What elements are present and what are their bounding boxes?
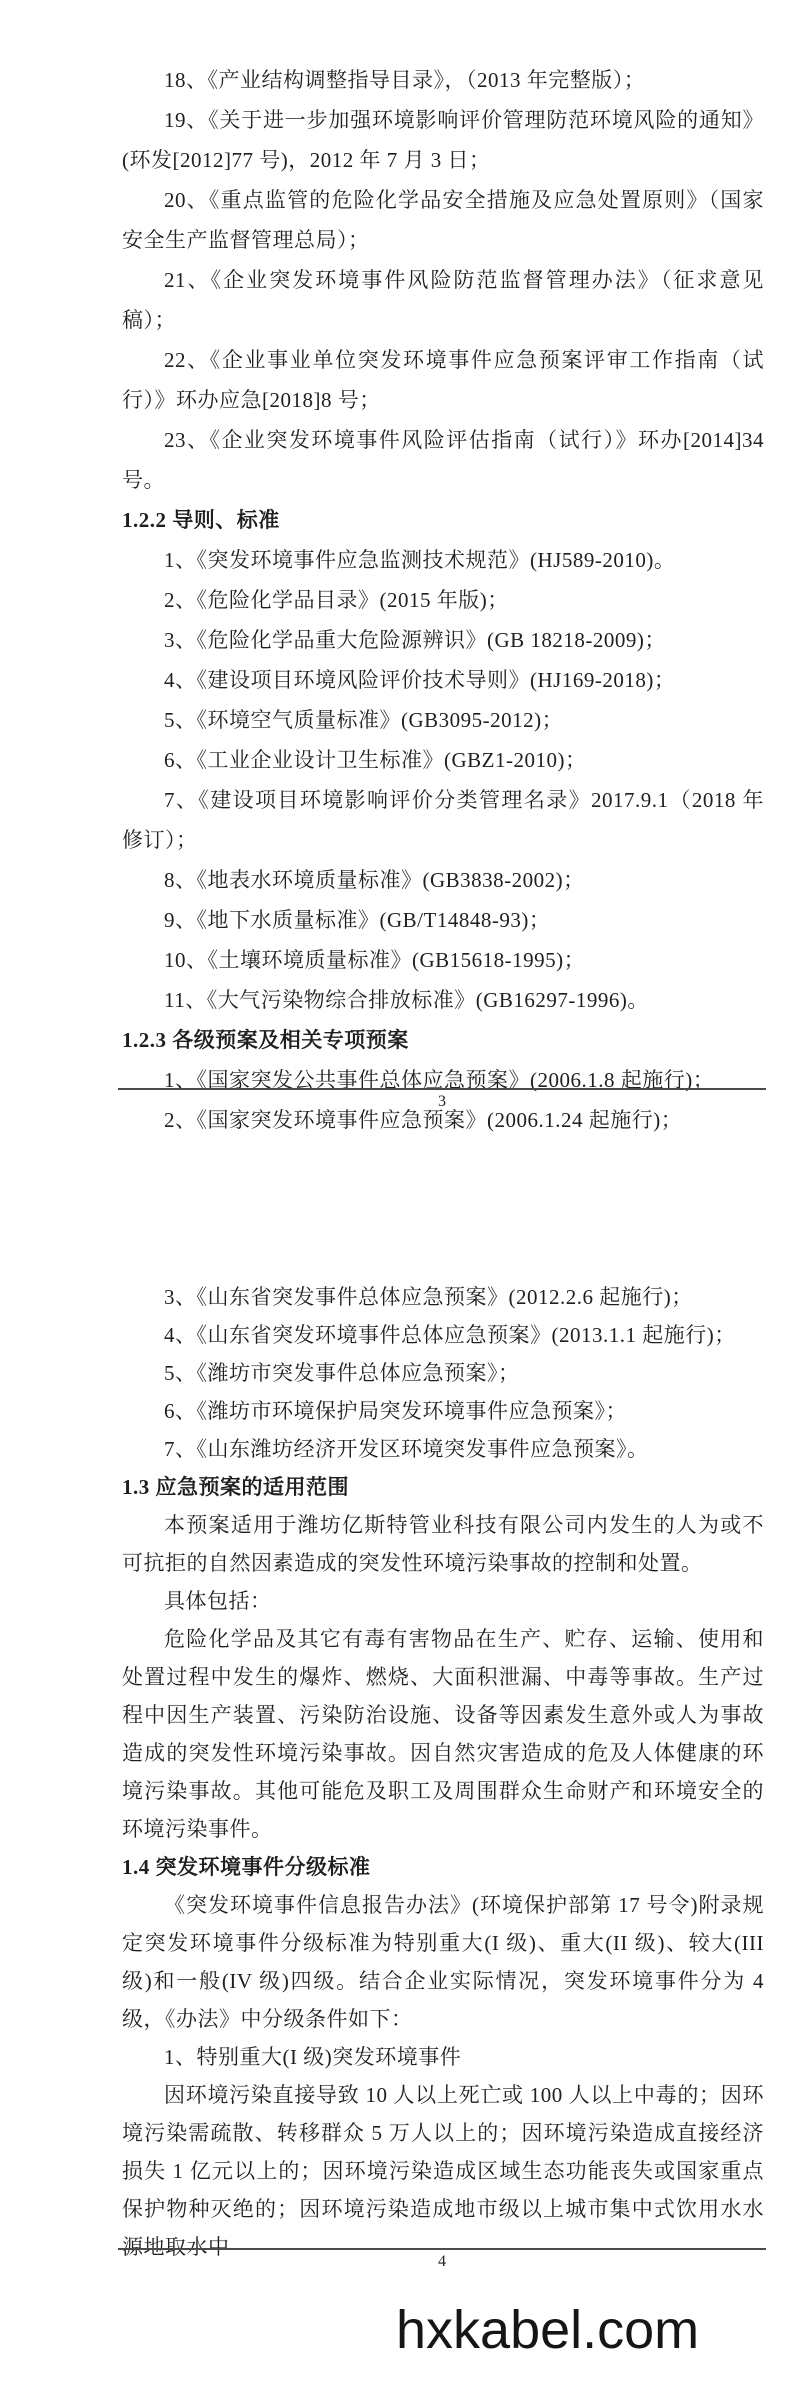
page-content-1: 18、《产业结构调整指导目录》，（2013 年完整版）；19、《关于进一步加强环… <box>122 60 764 1140</box>
page-content-2: 3、《山东省突发事件总体应急预案》(2012.2.6 起施行)；4、《山东省突发… <box>122 1278 764 2266</box>
document-line: 23、《企业突发环境事件风险评估指南（试行）》环办[2014]34 号。 <box>122 420 764 500</box>
document-line: 10、《土壤环境质量标准》(GB15618-1995)； <box>122 940 764 980</box>
document-line: 7、《山东潍坊经济开发区环境突发事件应急预案》。 <box>122 1430 764 1468</box>
document-line: 因环境污染直接导致 10 人以上死亡或 100 人以上中毒的；因环境污染需疏散、… <box>122 2076 764 2266</box>
document-line: 1、特别重大(I 级)突发环境事件 <box>122 2038 764 2076</box>
page-number: 4 <box>118 2252 766 2272</box>
footer-divider <box>118 1088 766 1090</box>
document-line: 《突发环境事件信息报告办法》(环境保护部第 17 号令)附录规定突发环境事件分级… <box>122 1886 764 2038</box>
document-line: 11、《大气污染物综合排放标准》(GB16297-1996)。 <box>122 980 764 1020</box>
footer-divider <box>118 2248 766 2250</box>
document-line: 3、《山东省突发事件总体应急预案》(2012.2.6 起施行)； <box>122 1278 764 1316</box>
document-line: 6、《工业企业设计卫生标准》(GBZ1-2010)； <box>122 740 764 780</box>
document-line: 3、《危险化学品重大危险源辨识》(GB 18218-2009)； <box>122 620 764 660</box>
document-line: 5、《潍坊市突发事件总体应急预案》； <box>122 1354 764 1392</box>
document-line: 本预案适用于潍坊亿斯特管业科技有限公司内发生的人为或不可抗拒的自然因素造成的突发… <box>122 1506 764 1582</box>
document-line: 具体包括： <box>122 1582 764 1620</box>
document-line: 7、《建设项目环境影响评价分类管理名录》2017.9.1（2018 年修订）； <box>122 780 764 860</box>
document-line: 2、《危险化学品目录》(2015 年版)； <box>122 580 764 620</box>
document-line: 6、《潍坊市环境保护局突发环境事件应急预案》； <box>122 1392 764 1430</box>
document-line: 5、《环境空气质量标准》(GB3095-2012)； <box>122 700 764 740</box>
watermark-text: hxkabel.com <box>396 2300 699 2360</box>
document-line: 18、《产业结构调整指导目录》，（2013 年完整版）； <box>122 60 764 100</box>
document-line: 危险化学品及其它有毒有害物品在生产、贮存、运输、使用和处置过程中发生的爆炸、燃烧… <box>122 1620 764 1848</box>
document-line: 19、《关于进一步加强环境影响评价管理防范环境风险的通知》(环发[2012]77… <box>122 100 764 180</box>
document-scan: { "document": { "pages": [ { "number": "… <box>0 0 804 2384</box>
document-line: 4、《山东省突发环境事件总体应急预案》(2013.1.1 起施行)； <box>122 1316 764 1354</box>
document-line: 8、《地表水环境质量标准》(GB3838-2002)； <box>122 860 764 900</box>
document-line: 4、《建设项目环境风险评价技术导则》(HJ169-2018)； <box>122 660 764 700</box>
section-heading: 1.2.2 导则、标准 <box>122 500 764 540</box>
page-number: 3 <box>118 1092 766 1112</box>
document-line: 22、《企业事业单位突发环境事件应急预案评审工作指南（试行）》环办应急[2018… <box>122 340 764 420</box>
section-heading: 1.4 突发环境事件分级标准 <box>122 1848 764 1886</box>
section-heading: 1.3 应急预案的适用范围 <box>122 1468 764 1506</box>
section-heading: 1.2.3 各级预案及相关专项预案 <box>122 1020 764 1060</box>
document-line: 21、《企业突发环境事件风险防范监督管理办法》（征求意见稿）； <box>122 260 764 340</box>
document-line: 20、《重点监管的危险化学品安全措施及应急处置原则》（国家安全生产监督管理总局）… <box>122 180 764 260</box>
document-line: 9、《地下水质量标准》(GB/T14848-93)； <box>122 900 764 940</box>
document-line: 1、《突发环境事件应急监测技术规范》(HJ589-2010)。 <box>122 540 764 580</box>
